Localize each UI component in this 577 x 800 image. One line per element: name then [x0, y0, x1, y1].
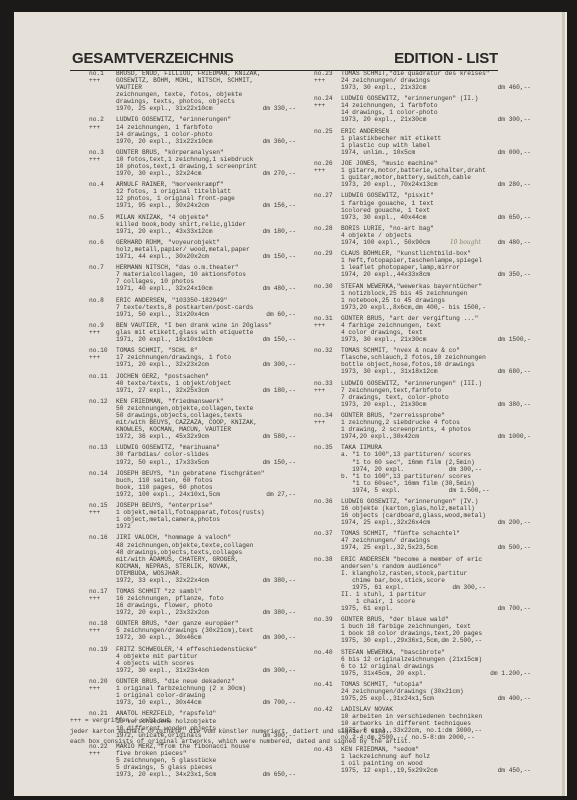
entry-edition-info: 1971, 95 expl., 30x24x2cm: [116, 202, 209, 209]
entry-title-line: ARNULF RAINER, "morvenkrampf": [116, 181, 303, 188]
entry-description-line: 30 farbdias/ color-slides: [116, 451, 303, 458]
entry-description-line: 1974, 5 expl. dm 1.500,--: [341, 487, 554, 494]
entry-number: no.30: [314, 283, 340, 290]
entry-title-line: ERIC ANDERSEN "become a member of eric: [341, 556, 554, 563]
entry-description-line: 47 zeichnungen/ drawings: [341, 537, 554, 544]
entry-edition-info: 1970, 20 expl., 31x22x10cm: [116, 138, 213, 145]
entry-title-line: LUDWIG GOSEWITZ, "erinnerungen" (IV.): [341, 498, 554, 505]
entry-description-line: 16 zeichnungen, pflanze, foto: [116, 595, 303, 602]
entry-number: no.11: [89, 373, 115, 380]
entry-number: no.39: [314, 616, 340, 623]
page-header: GESAMTVERZEICHNIS EDITION - LIST: [70, 46, 498, 71]
entry-title-line: FRITZ SCHWEGLER,'4 effeschiedenstücke": [116, 646, 303, 653]
catalog-entry: no.10+++TOMAS SCHMIT, "SCHL 8"17 zeichnu…: [89, 347, 303, 368]
sold-out-mark: +++: [314, 322, 340, 329]
entry-description-line: 1 notizblock,25 bis 45 zeichnungen: [341, 290, 554, 297]
entry-price: dm 150,--: [263, 336, 296, 343]
entry-title-line: GÜNTER BRUS, "der ganze europäer": [116, 620, 303, 627]
entry-number: no.29: [314, 250, 340, 257]
sold-out-mark: +++: [314, 419, 340, 426]
entry-description-line: 1 notebook,25 to 45 drawings: [341, 297, 554, 304]
entry-edition-row: 1973, 30 expl., 31x18x12cmdm 680,--: [341, 368, 531, 375]
catalog-entry: no.19FRITZ SCHWEGLER,'4 effeschiedenstüc…: [89, 646, 303, 674]
entry-description-line: 1 original color-drawing: [116, 692, 303, 699]
entry-edition-info: 1975, 12 expl.,19,5x29x2cm: [341, 767, 438, 774]
entry-description-line: KNOWLES, KOCMAN, MACUN, VAUTIER: [116, 426, 303, 433]
entry-description-line: 14 drawings, 1 color-photo: [116, 131, 303, 138]
catalog-entry: no.4ARNULF RAINER, "morvenkrampf"12 foto…: [89, 181, 303, 209]
entry-description-line: book, 110 pages, 60 photos: [116, 484, 303, 491]
entry-edition-info: 1974, unlim., 10x5cm: [341, 149, 415, 156]
entry-title-line: JOSEPH BEUYS, "in gebratene fischgräten": [116, 470, 303, 477]
entry-edition-row: 1973, 10 expl., 30x44cmdm 700,--: [116, 699, 296, 706]
entry-title-line: TOMAS SCHMIT, "utopia": [341, 681, 554, 688]
entry-title-line: GÜNTER BRUS, "körperanalysen": [116, 149, 303, 156]
entry-edition-row: 1974, unlim., 10x5cmdm 000,--: [341, 149, 531, 156]
catalog-entry: no.6GERHARD RÜHM, "voyeurobjekt"holz,met…: [89, 239, 303, 260]
entry-title-line: JIRI VALOCH, "hommage à valoch": [116, 534, 303, 541]
entry-edition-row: 1973, 30 expl., 40x44cmdm 650,--: [341, 214, 531, 221]
entry-edition-row: 1972: [116, 523, 296, 530]
entry-edition-row: 1972, 36 expl., 45x32x9cmdm 580,--: [116, 433, 296, 440]
entry-edition-info: 1972, 20 expl., 23x32x2cm: [116, 609, 209, 616]
entry-description-line: 1 lackzeichnung auf holz: [341, 753, 554, 760]
entry-edition-row: 1974,20 expl.,30x42cmdm 1000,-: [341, 433, 531, 440]
entry-description-line: killed book,body shirt,relic,glider: [116, 221, 303, 228]
entry-description-line: 6 to 12 original drawings: [341, 663, 554, 670]
entry-number: no.17: [89, 588, 115, 595]
entry-number: no.9: [89, 322, 115, 329]
catalog-entry: no.13LUDWIG GOSEWITZ, "marihuana"30 farb…: [89, 444, 303, 465]
sold-out-mark: +++: [314, 167, 340, 174]
entry-title-line: TOMAS SCHMIT "zz sambl": [116, 588, 303, 595]
entry-title-line: CLAUS BÖHMLER, "kunstlichtbild-box": [341, 250, 554, 257]
entry-title-line: KEN FRIEDMAN, "friedmanswerk": [116, 398, 303, 405]
entry-edition-row: 1972, 100 expl., 24x10x1,5cmdm 27,--: [116, 491, 296, 498]
entry-price: dm 580,--: [263, 433, 296, 440]
entry-description-line: I. klangholz,rasten,stock,partitur: [341, 570, 554, 577]
entry-price: dm 380,--: [263, 609, 296, 616]
entry-price: dm 480,--: [498, 239, 531, 246]
entry-description-line: 1 leaflet photopaper,lamp,mirror: [341, 264, 554, 271]
entry-description-line: 1 heft,fotopapier,taschenlampe,spiegel: [341, 257, 554, 264]
catalog-entry: no.3+++GÜNTER BRUS, "körperanalysen"10 f…: [89, 149, 303, 177]
catalog-entry: no.23+++TOMAS SCHMIT,"die quadratur des …: [314, 70, 554, 91]
entry-edition-info: 1973, 10 expl., 30x44cm: [116, 699, 201, 706]
entry-title-line: LADISLAV NOVAK: [341, 706, 554, 713]
catalog-entry: no.15+++JOSEPH BEUYS, "enterprise"1 obje…: [89, 502, 303, 530]
entry-price: dm 60,--: [266, 311, 296, 318]
entry-description-line: 7 zeichnungen,text,farbfoto: [341, 387, 554, 394]
catalog-entry: no.11JOCHEN GERZ, "postsachen"40 texte/t…: [89, 373, 303, 394]
sold-out-mark: +++: [89, 77, 115, 84]
entry-price: dm 700,--: [498, 605, 531, 612]
catalog-entry: no.14JOSEPH BEUYS, "in gebratene fischgr…: [89, 470, 303, 498]
entry-price: dm 200,--: [498, 519, 531, 526]
sold-out-mark: +++: [89, 685, 115, 692]
entry-title-line: TOMAS SCHMIT, "nvex & ncav & co": [341, 347, 554, 354]
entry-description-line: 12 fotos, 1 original titelblatt: [116, 188, 303, 195]
entry-description-line: "1 to 60 sec", 16mm film (2,5min): [341, 459, 554, 466]
catalog-entry: no.1+++BRUSD, ENUD, FILLIOU, FRIEDMAN, K…: [89, 70, 303, 112]
entry-title-line: ERIC ANDERSEN, "103350-182949": [116, 297, 303, 304]
entry-title-line: GÜNTER BRUS, "zerreissprobe": [341, 412, 554, 419]
entry-number: no.38: [314, 556, 340, 563]
entry-description-line: 1 gitarre,motor,batterie,schalter,draht: [341, 167, 554, 174]
footer-note-german: jeder karton enthält originale, die vom …: [70, 727, 540, 736]
footer-note-english: each box consists of original artworks, …: [70, 737, 540, 746]
entry-title-line: TOMAS SCHMIT, "fünfte schachtel": [341, 530, 554, 537]
catalog-entry: no.16JIRI VALOCH, "hommage à valoch"48 z…: [89, 534, 303, 583]
right-column: no.23+++TOMAS SCHMIT,"die quadratur des …: [314, 70, 554, 778]
entry-edition-row: 1970, 20 expl., 31x22x10cmdm 360,--: [116, 138, 296, 145]
entry-description-line: 50 drawings,objects,collages,texts: [116, 412, 303, 419]
entry-number: no.5: [89, 214, 115, 221]
entry-title-line: JOE JONES, "music machine": [341, 160, 554, 167]
entry-title-line: LUDWIG GOSEWITZ, "erinnerungen" (II.): [341, 95, 554, 102]
entry-description-line: DTEMBUDA, WOSJHAR.: [116, 570, 303, 577]
entry-price: dm 650,--: [498, 214, 531, 221]
entry-price: dm 700,--: [263, 699, 296, 706]
entry-title-line: LUDWIG GOSEWITZ, "erinnerungen": [116, 116, 303, 123]
entry-price: dm 150,--: [263, 459, 296, 466]
entry-description-line: KOCMAN, NEPRAS, STERLIK, NOVAK,: [116, 563, 303, 570]
entry-edition-info: 1971, 20 expl., 32x23x2cm: [116, 361, 209, 368]
entry-title-line: BEN VAUTIER, "I ben drank wine in 20glas…: [116, 322, 303, 329]
entry-description-line: 14 zeichnungen, 1 farbfoto: [341, 102, 554, 109]
entry-description-line: flasche,schlauch,2 fotos,10 zeichnungen: [341, 354, 554, 361]
entry-edition-info: 1972, 36 expl., 45x32x9cm: [116, 433, 209, 440]
entry-description-line: 16 objects (cardboard,glass,wood,metal): [341, 512, 554, 519]
entry-description-line: 1 buch 18 farbige zeichnungen, text: [341, 623, 554, 630]
catalog-entry: no.35TAKA IIMURAa. "1 to 100",13 partitu…: [314, 444, 554, 493]
entry-description-line: chime bar,box,stick,score: [341, 577, 554, 584]
entry-edition-row: 1973, 20 expl., 34x23x1,5cmdm 650,--: [116, 771, 296, 778]
entry-description-line: 1 original farbzeichnung (2 x 30cm): [116, 685, 303, 692]
entry-description-line: 7 drawings, text, color-photo: [341, 394, 554, 401]
entry-number: no.32: [314, 347, 340, 354]
entry-description-line: 1 farbige gouache, 1 text: [341, 200, 554, 207]
entry-edition-info: 1971, 20 expl., 16x10x10cm: [116, 336, 213, 343]
entry-description-line: 7 collages, 10 photos: [116, 278, 303, 285]
entry-description-line: 1 object,metal,camera,photos: [116, 516, 303, 523]
entry-title-line: STEFAN WEWERKA, "bascibrote": [341, 649, 554, 656]
sold-out-mark: +++: [89, 329, 115, 336]
entry-number: no.3: [89, 149, 115, 156]
entry-description-line: 1 zeichnung,2 siebdrucke 4 fotos: [341, 419, 554, 426]
entry-title-line: BORIS LURIE, "no-art bag": [341, 225, 554, 232]
entry-number: no.15: [89, 502, 115, 509]
entry-description-line: 40 texte/texts, 1 objekt/object: [116, 380, 303, 387]
entry-edition-info: 1972, 30 expl., 30x46cm: [116, 634, 201, 641]
entry-edition-info: 1973, 20 expl., 21x30cm: [341, 401, 426, 408]
sold-out-mark: +++: [89, 509, 115, 516]
entry-description-line: 7 materialcollagen, 10 aktionsfotos: [116, 271, 303, 278]
handwritten-annotation: 10 bought: [450, 239, 481, 246]
entry-description-line: 1 oil painting on wood: [341, 760, 554, 767]
catalog-entry: no.24+++LUDWIG GOSEWITZ, "erinnerungen" …: [314, 95, 554, 123]
entry-edition-row: 1973, 20 expl., 21x30cmdm 380,--: [341, 401, 531, 408]
entry-price: dm 680,--: [498, 368, 531, 375]
catalog-entry: no.34+++GÜNTER BRUS, "zerreissprobe"1 ze…: [314, 412, 554, 440]
entry-number: no.19: [89, 646, 115, 653]
entry-description-line: "1 to 60sec", 16mm film (30,5min): [341, 480, 554, 487]
catalog-entry: no.8ERIC ANDERSEN, "103350-182949"7 text…: [89, 297, 303, 318]
page-footer: +++ = vergriffen / sold out jeder karton…: [70, 716, 540, 746]
entry-number: no.8: [89, 297, 115, 304]
entry-edition-info: 1971, 44 expl., 30x20x2cm: [116, 253, 209, 260]
entry-price: dm 180,--: [263, 228, 296, 235]
entry-number: no.27: [314, 192, 340, 199]
entry-edition-info: 1974, 20 expl.,44x33x8cm: [341, 271, 430, 278]
sold-out-mark: +++: [314, 387, 340, 394]
entry-number: no.36: [314, 498, 340, 505]
entry-title-line: VAUTIER: [116, 84, 303, 91]
entry-edition-info: 1972, 33 expl., 32x22x4cm: [116, 577, 209, 584]
entry-edition-row: 1972, 20 expl., 23x32x2cmdm 380,--: [116, 609, 296, 616]
sold-out-mark: +++: [314, 102, 340, 109]
entry-edition-info: 1975, 61 expl.: [341, 605, 393, 612]
entry-description-line: b. "1 to 100",13 partituren/ scores: [341, 473, 554, 480]
entry-edition-row: 1974, 25 expl.,32,5x23,5cmdm 500,--: [341, 544, 531, 551]
entry-number: no.10: [89, 347, 115, 354]
entry-edition-info: 1973, 30 expl., 21x30cm: [341, 336, 426, 343]
catalog-entry: no.5MILAN KNIZAK, "4 objekte"killed book…: [89, 214, 303, 235]
entry-edition-row: 1971, 20 expl., 43x33x12cmdm 180,--: [116, 228, 296, 235]
entry-number: no.35: [314, 444, 340, 451]
left-column: no.1+++BRUSD, ENUD, FILLIOU, FRIEDMAN, K…: [89, 70, 303, 782]
entry-price: dm 450,--: [498, 767, 531, 774]
entry-edition-row: 1975, 31x45cm, 20 expl.dm 1.200,--: [341, 670, 531, 677]
entry-edition-info: 1970, 25 expl., 31x22x10cm: [116, 105, 213, 112]
entry-description-line: II. 1 stuhl, 1 partitur: [341, 591, 554, 598]
entry-edition-info: 1972, 50 expl., 17x33x5cm: [116, 459, 209, 466]
entry-price: dm 300,--: [263, 667, 296, 674]
entry-edition-info: 1974, 25 expl.,32x26x4cm: [341, 519, 430, 526]
entry-title-line: JOSEPH BEUYS, "enterprise": [116, 502, 303, 509]
catalog-entry: no.22+++MARIO MERZ,"from the fibonacci h…: [89, 743, 303, 778]
entry-price: dm 180,--: [263, 387, 296, 394]
entry-edition-info: 1975, 30 expl.,29x36x1,5cm,dm 2.500,--: [341, 637, 482, 644]
entry-price: dm 330,--: [263, 105, 296, 112]
catalog-entry: no.9+++BEN VAUTIER, "I ben drank wine in…: [89, 322, 303, 343]
catalog-entry: no.18+++GÜNTER BRUS, "der ganze europäer…: [89, 620, 303, 641]
entry-title-line: GÜNTER BRUS, "art der vergiftung ...": [341, 315, 554, 322]
entry-description-line: 24 zeichnungen/drawings (30x21cm): [341, 688, 554, 695]
entry-number: no.41: [314, 681, 340, 688]
catalog-entry: no.31+++GÜNTER BRUS, "art der vergiftung…: [314, 315, 554, 343]
entry-edition-row: 1971, 20 expl., 16x10x10cmdm 150,--: [116, 336, 296, 343]
entry-edition-info: 1975, 31x45cm, 20 expl.: [341, 670, 426, 677]
entry-title-line: HERMANN NITSCH, "das o.m.theater": [116, 264, 303, 271]
entry-title-line: TOMAS SCHMIT,"die quadratur des kreises": [341, 70, 554, 77]
entry-number: no.14: [89, 470, 115, 477]
entry-edition-info: 1973, 20 expl., 34x23x1,5cm: [116, 771, 216, 778]
entry-description-line: 5 zeichnungen, 5 glasstücke: [116, 757, 303, 764]
entry-price: dm 27,--: [266, 491, 296, 498]
entry-edition-row: 1970, 25 expl., 31x22x10cmdm 330,--: [116, 105, 296, 112]
entry-title-line: five broken pieces": [116, 750, 303, 757]
entry-number: no.33: [314, 380, 340, 387]
entry-edition-row: 1972, 30 expl., 30x46cmdm 300,--: [116, 634, 296, 641]
entry-description-line: 4 objects with scores: [116, 660, 303, 667]
entry-edition-info: 1973, 30 expl., 40x44cm: [341, 214, 426, 221]
entry-description-line: 16 drawings, flower, photo: [116, 602, 303, 609]
entry-description-line: 1 chair, 1 score: [341, 598, 554, 605]
entry-description-line: bottle object,hose,fotos,10 drawings: [341, 361, 554, 368]
entry-description-line: 10 fotos,text,1 zeichnung,1 siebdruck: [116, 156, 303, 163]
entry-description-line: 14 zeichnungen, 1 farbfoto: [116, 124, 303, 131]
entry-number: no.31: [314, 315, 340, 322]
entry-description-line: 16 objekte (karton,glas,holz,metall): [341, 505, 554, 512]
sold-out-mark: +++: [314, 77, 340, 84]
entry-title-line: GOSEWITZ, BÖHM, MÜHL, NITSCH, SCHMIT,: [116, 77, 303, 84]
entry-edition-info: 1971, 27 expl., 32x25x3cm: [116, 387, 209, 394]
entry-description-line: 1colored gouache, 1 text: [341, 207, 554, 214]
entry-description-line: 5 zeichnungen/drawings (30x21cm),text: [116, 627, 303, 634]
entry-number: no.43: [314, 746, 340, 753]
entry-edition-row: 1974, 25 expl.,32x26x4cmdm 200,--: [341, 519, 531, 526]
sold-out-mark: +++: [89, 124, 115, 131]
entry-number: no.7: [89, 264, 115, 271]
entry-description-line: 48 zeichnungen,objekte,texte,collagen: [116, 542, 303, 549]
catalog-entry: no.12KEN FRIEDMAN, "friedmanswerk"50 zei…: [89, 398, 303, 440]
entry-price: dm 280,--: [498, 181, 531, 188]
entry-description-line: 1975, 61 expl. dm 300,--: [341, 584, 554, 591]
entry-number: no.13: [89, 444, 115, 451]
entry-description-line: 1 objekt,metall,fotoapparat,fotos(rusts): [116, 509, 303, 516]
entry-edition-row: 1975,25 expl.,31x24x1,5cmdm 400,--: [341, 695, 531, 702]
catalog-entry: no.2+++LUDWIG GOSEWITZ, "erinnerungen"14…: [89, 116, 303, 144]
catalog-entry: no.7HERMANN NITSCH, "das o.m.theater"7 m…: [89, 264, 303, 292]
entry-description-line: 1974, 20 expl. dm 300,--: [341, 466, 554, 473]
catalog-entry: no.43KEN FRIEDMAN, "sedom"1 lackzeichnun…: [314, 746, 554, 774]
entry-price: dm 300,--: [498, 116, 531, 123]
entry-title-line: GÜNTER BRUS, "die neue dekadenz": [116, 678, 303, 685]
catalog-entry: no.36LUDWIG GOSEWITZ, "erinnerungen" (IV…: [314, 498, 554, 526]
catalog-entry: no.26+++JOE JONES, "music machine"1 gita…: [314, 160, 554, 188]
entry-edition-row: 1975, 30 expl.,29x36x1,5cm,dm 2.500,--: [341, 637, 531, 644]
entry-edition-info: 1972: [116, 523, 131, 530]
entry-edition-info: 1973, 20 expl., 70x24x13cm: [341, 181, 438, 188]
entry-title-line: TOMAS SCHMIT, "SCHL 8": [116, 347, 303, 354]
entry-edition-row: 1971, 27 expl., 32x25x3cmdm 180,--: [116, 387, 296, 394]
entry-edition-info: 1971, 20 expl., 43x33x12cm: [116, 228, 213, 235]
catalog-entry: no.32TOMAS SCHMIT, "nvex & ncav & co"fla…: [314, 347, 554, 375]
entry-description-line: 1 plastikbecher mit etikett: [341, 135, 554, 142]
catalog-entry: no.27LUDWIG GOSEWITZ, "pisxit"1 farbige …: [314, 192, 554, 220]
entry-edition-info: 1973, 30 expl., 21x32cm: [341, 84, 426, 91]
entry-edition-row: 1970, 30 expl., 32x24cmdm 270,--: [116, 170, 296, 177]
entry-price: dm 380,--: [498, 401, 531, 408]
entry-price: dm 1000,-: [498, 433, 531, 440]
entry-edition-row: 1974, 20 expl.,44x33x8cmdm 350,--: [341, 271, 531, 278]
catalog-entry: no.33+++LUDWIG GOSEWITZ, "erinnerungen" …: [314, 380, 554, 408]
entry-description-line: 50 zeichnungen,objekte,collagen,texte: [116, 405, 303, 412]
entry-title-line: GERHARD RÜHM, "voyeurobjekt": [116, 239, 303, 246]
entry-price: dm 300,--: [263, 634, 296, 641]
entry-edition-row: 1971, 95 expl., 30x24x2cmdm 156,--: [116, 202, 296, 209]
catalog-entry: no.40STEFAN WEWERKA, "bascibrote"6 bis 1…: [314, 649, 554, 677]
header-title-left: GESAMTVERZEICHNIS: [72, 50, 234, 67]
entry-description-line: 1 plastic cup with label: [341, 142, 554, 149]
entry-price: dm 270,--: [263, 170, 296, 177]
entry-edition-row: 1975, 61 expl.dm 700,--: [341, 605, 531, 612]
entry-number: no.1: [89, 70, 115, 77]
entry-description-line: 17 zeichnungen/drawings, 1 foto: [116, 354, 303, 361]
entry-edition-row: 1973, 30 expl., 21x30cmdm 1500,-: [341, 336, 531, 343]
entry-description-line: 4 farbige zeichnungen, text: [341, 322, 554, 329]
entry-title-line: BRUSD, ENUD, FILLIOU, FRIEDMAN, KNIZAK,: [116, 70, 303, 77]
entry-edition-info: 1974,20 expl.,30x42cm: [341, 433, 419, 440]
entry-edition-row: 1973, 20 expl., 70x24x13cmdm 280,--: [341, 181, 531, 188]
entry-edition-info: 1974, 25 expl.,32,5x23,5cm: [341, 544, 438, 551]
entry-edition-row: 1971, 50 expl., 31x20x4cmdm 60,--: [116, 311, 296, 318]
entry-price: dm 156,--: [263, 202, 296, 209]
entry-number: no.23: [314, 70, 340, 77]
entry-number: no.28: [314, 225, 340, 232]
entry-edition-row: 1975, 12 expl.,19,5x29x2cmdm 450,--: [341, 767, 531, 774]
header-title-right: EDITION - LIST: [394, 50, 498, 67]
entry-edition-info: 1975,25 expl.,31x24x1,5cm: [341, 695, 434, 702]
entry-description-line: 4 color drawings, text: [341, 329, 554, 336]
catalog-entry: no.17+++TOMAS SCHMIT "zz sambl"16 zeichn…: [89, 588, 303, 616]
entry-edition-row: 1973,20 expl.,8x6cm,dm 400,- bis 1500,-: [341, 304, 531, 311]
entry-edition-row: 1974, 100 expl., 50x90cm10 boughtdm 480,…: [341, 239, 531, 246]
entry-number: no.37: [314, 530, 340, 537]
entry-description-line: 48 drawings,objects,texts,collages: [116, 549, 303, 556]
entry-edition-info: 1973, 20 expl., 21x30cm: [341, 116, 426, 123]
entry-description-line: 10 photos,text,1 drawing,1 screenprint: [116, 163, 303, 170]
catalog-entry: no.29CLAUS BÖHMLER, "kunstlichtbild-box"…: [314, 250, 554, 278]
entry-price: dm 1500,-: [498, 336, 531, 343]
entry-title-line: GÜNTER BRUS, "der blaue wald": [341, 616, 554, 623]
catalog-entry: no.28BORIS LURIE, "no-art bag"4 objekte …: [314, 225, 554, 246]
entry-edition-row: 1971, 44 expl., 30x20x2cmdm 150,--: [116, 253, 296, 260]
entry-description-line: 24 zeichnungen/ drawings: [341, 77, 554, 84]
entry-number: no.2: [89, 116, 115, 123]
entry-title-line: ERIC ANDERSEN: [341, 128, 554, 135]
entry-title-line: andersen's random audience": [341, 563, 554, 570]
sold-out-mark: +++: [89, 627, 115, 634]
entry-edition-info: 1973,20 expl.,8x6cm,dm 400,- bis 1500,-: [341, 304, 486, 311]
entry-edition-info: 1971, 40 expl., 32x24x10cm: [116, 285, 213, 292]
catalog-entry: no.30STEFAN WEWERKA,"wewerkas bayerntüch…: [314, 283, 554, 311]
entry-edition-info: 1972, 100 expl., 24x10x1,5cm: [116, 491, 220, 498]
entry-edition-row: 1972, 30 expl., 31x23x4cmdm 300,--: [116, 667, 296, 674]
entry-price: dm 400,--: [498, 695, 531, 702]
entry-description-line: drawings, texts, photos, objects: [116, 98, 303, 105]
entry-price: dm 380,--: [263, 577, 296, 584]
entry-number: no.12: [89, 398, 115, 405]
entry-description-line: 7 texte/texts,8 postkarten/post-cards: [116, 304, 303, 311]
entry-title-line: KEN FRIEDMAN, "sedom": [341, 746, 554, 753]
entry-edition-row: 1973, 20 expl., 21x30cmdm 300,--: [341, 116, 531, 123]
entry-number: no.6: [89, 239, 115, 246]
entry-description-line: a. "1 to 100",13 partituren/ scores: [341, 451, 554, 458]
entry-title-line: LUDWIG GOSEWITZ, "pisxit": [341, 192, 554, 199]
entry-title-line: JOCHEN GERZ, "postsachen": [116, 373, 303, 380]
entry-number: no.20: [89, 678, 115, 685]
entry-price: dm 480,--: [263, 285, 296, 292]
entry-description-line: 5 drawings, 5 glass pieces: [116, 764, 303, 771]
entry-number: no.4: [89, 181, 115, 188]
entry-edition-row: 1973, 30 expl., 21x32cmdm 460,--: [341, 84, 531, 91]
entry-price: dm 360,--: [263, 138, 296, 145]
entry-description-line: zeichnungen, texte, fotos, objekte: [116, 91, 303, 98]
entry-description-line: 14 drawings, 1 color-photo: [341, 109, 554, 116]
entry-description-line: mit/with BEUYS, CAZZAZA, COOP, KNIZAK,: [116, 419, 303, 426]
